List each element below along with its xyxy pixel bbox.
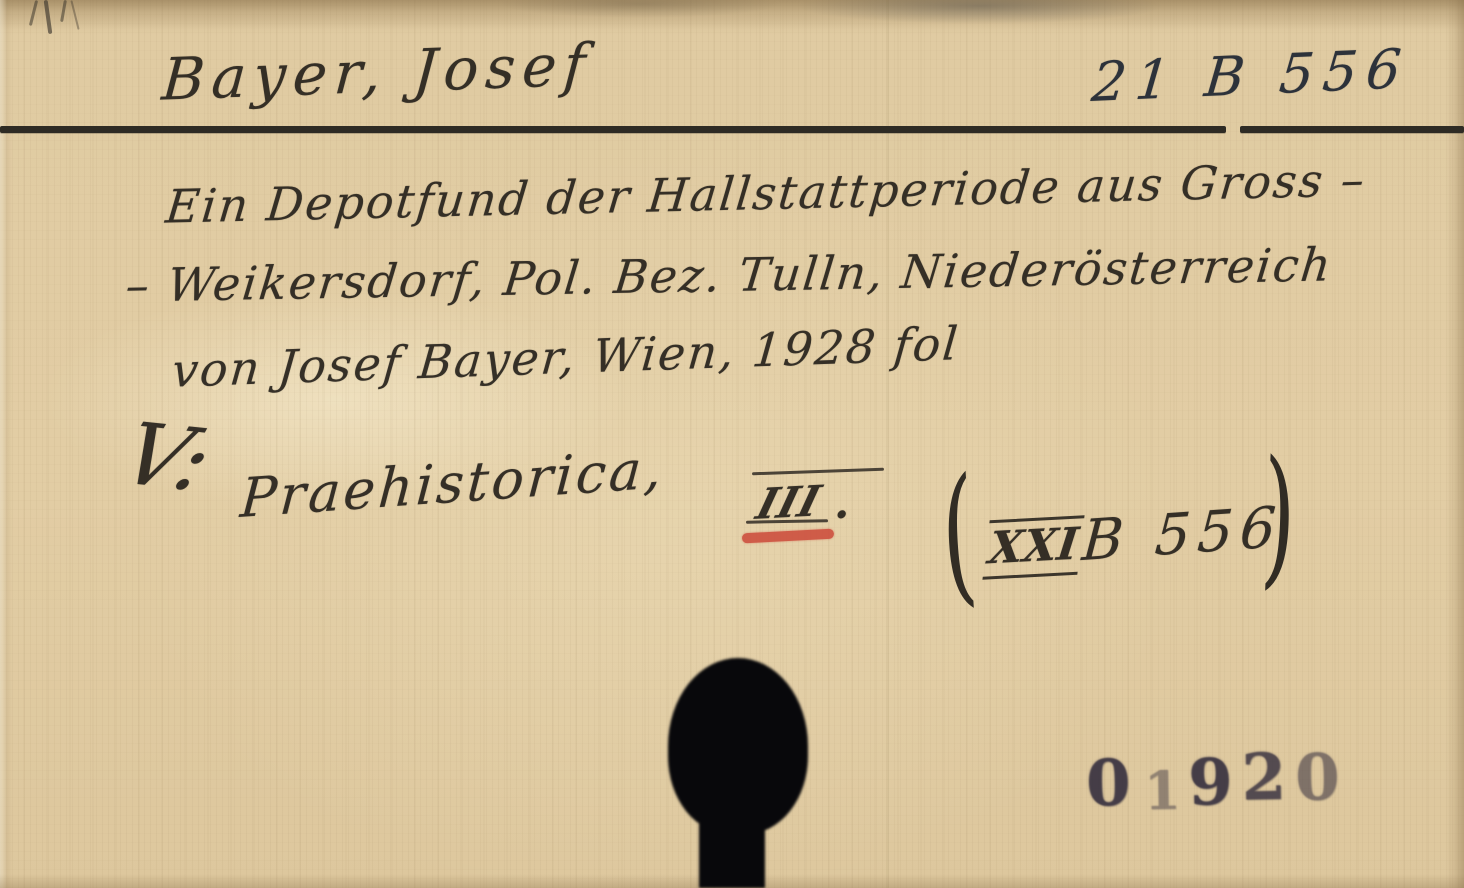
shelf-mark-letter-number: B 556 bbox=[1080, 495, 1285, 574]
stamp-digit: 0 bbox=[1294, 740, 1340, 816]
paper-fold-line bbox=[886, 0, 889, 888]
stamp-digit: 1 bbox=[1143, 760, 1181, 822]
stamp-digit: 2 bbox=[1241, 740, 1287, 816]
header-rule-left-segment bbox=[0, 126, 1226, 133]
title-line: Ein Depotfund der Hallstattperiode aus G… bbox=[163, 152, 1368, 233]
title-line: von Josef Bayer, Wien, 1928 fol bbox=[170, 316, 962, 398]
inventory-stamp: 01920 bbox=[1085, 742, 1349, 822]
top-edge-shadow bbox=[0, 0, 1464, 30]
right-edge-shadow bbox=[1446, 0, 1464, 888]
stamp-digit: 0 bbox=[1085, 746, 1131, 822]
shelf-mark-close-paren: ) bbox=[1259, 429, 1299, 608]
title-line: – Weikersdorf, Pol. Bez. Tulln, Niederös… bbox=[123, 237, 1335, 312]
reference-prefix: V: bbox=[109, 405, 226, 510]
roman-numeral-overline bbox=[752, 468, 884, 476]
call-number: 21 B 556 bbox=[1089, 37, 1413, 114]
header-rule-right-segment bbox=[1240, 126, 1464, 133]
reference-series-title: Praehistorica, bbox=[238, 437, 666, 530]
stamp-digit: 9 bbox=[1187, 745, 1233, 821]
punch-hole-stem bbox=[699, 796, 765, 888]
catalog-card: Bayer, Josef 21 B 556 Ein Depotfund der … bbox=[0, 0, 1464, 888]
author-name: Bayer, Josef bbox=[160, 30, 595, 113]
shelf-mark-open-paren: ( bbox=[937, 446, 981, 626]
shelf-mark-roman: XXI bbox=[982, 515, 1084, 579]
roman-numeral-red-underline bbox=[742, 529, 834, 544]
left-edge-shadow bbox=[0, 0, 12, 888]
reference-period: . bbox=[834, 478, 849, 529]
